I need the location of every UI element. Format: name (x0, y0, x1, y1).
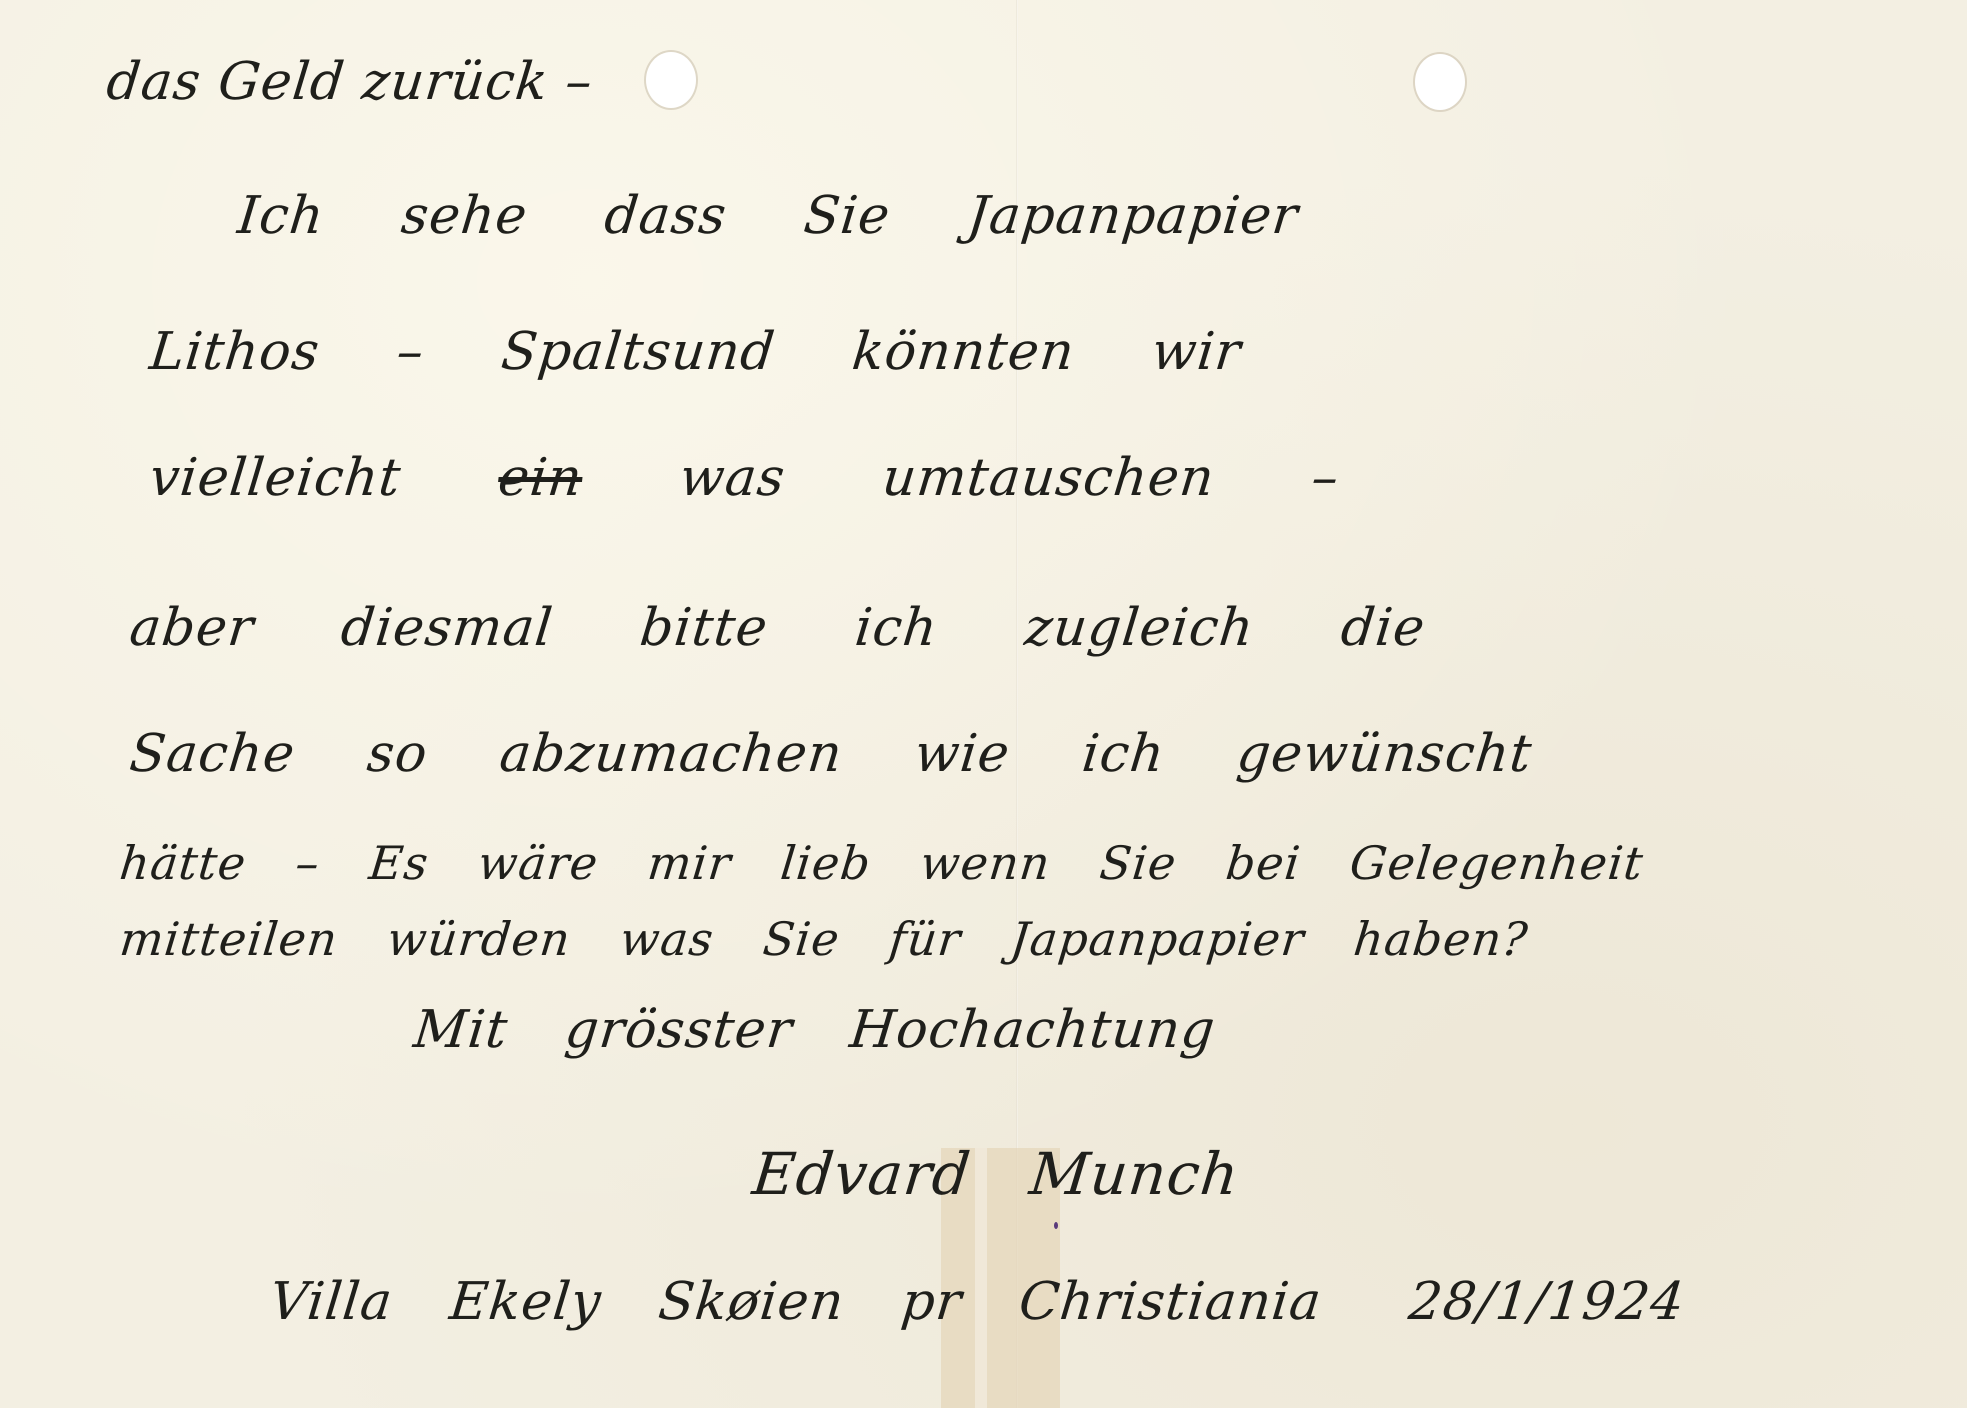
struck-word: ein (495, 448, 585, 508)
ink-dot (1054, 1222, 1058, 1229)
line-4-rest: was umtauschen – (677, 448, 1342, 508)
letter-line-8: mitteilen würden was Sie für Japanpapier… (117, 912, 1531, 966)
signature: Edvard Munch (749, 1140, 1242, 1208)
letter-line-2: Ich sehe dass Sie Japanpapier (235, 186, 1301, 246)
place: Villa Ekely Skøien pr Christiania (267, 1272, 1325, 1332)
letter-line-1: das Geld zurück – (104, 52, 596, 112)
letter-line-5: aber diesmal bitte ich zugleich die (127, 598, 1428, 658)
letter-line-3: Lithos – Spaltsund könnten wir (147, 322, 1244, 382)
letter-line-6: Sache so abzumachen wie ich gewünscht (127, 724, 1535, 784)
punch-hole-right (1415, 54, 1465, 110)
punch-hole-left (646, 52, 696, 108)
letter-line-4: vielleicht ein was umtauschen – (147, 448, 1342, 508)
closing-salutation: Mit grösster Hochachtung (411, 1000, 1219, 1060)
letter-line-7: hätte – Es wäre mir lieb wenn Sie bei Ge… (117, 836, 1646, 890)
date: 28/1/1924 (1406, 1272, 1688, 1332)
place-date-line: Villa Ekely Skøien pr Christiania 28/1/1… (267, 1272, 1688, 1332)
word-vielleicht: vielleicht (147, 448, 404, 508)
